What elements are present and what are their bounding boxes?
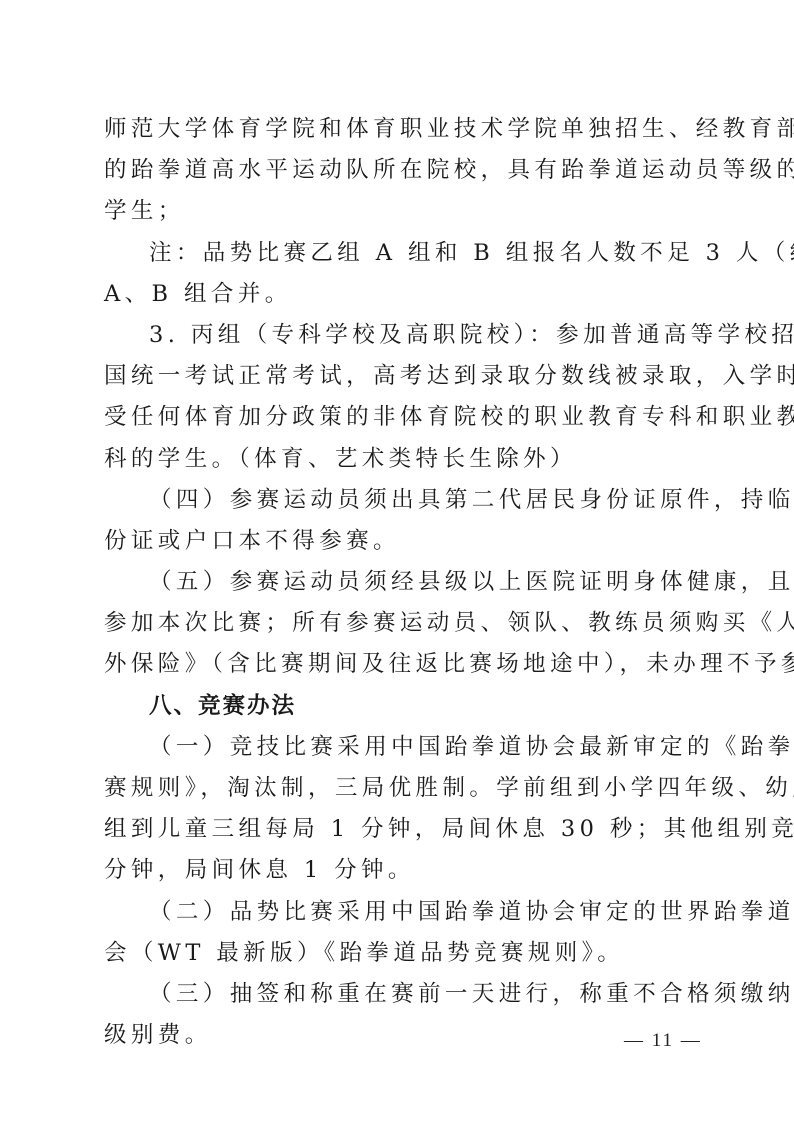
page-number: — 11 — [624, 1030, 702, 1052]
clause-3-line: （三）抽签和称重在赛前一天进行，称重不合格须缴纳更改 [104, 974, 700, 1015]
paragraph-line: 会（WT 最新版）《跆拳道品势竞赛规则》。 [104, 933, 700, 974]
document-body: 师范大学体育学院和体育职业技术学院单独招生、经教育部批准 的跆拳道高水平运动队所… [104, 109, 700, 1056]
paragraph-line: 赛规则》，淘汰制，三局优胜制。学前组到小学四年级、幼儿一 [104, 768, 700, 809]
paragraph-line: 国统一考试正常考试，高考达到录取分数线被录取，入学时未享 [104, 356, 700, 397]
paragraph-line: 受任何体育加分政策的非体育院校的职业教育专科和职业教育本 [104, 397, 700, 438]
paragraph-line: 的跆拳道高水平运动队所在院校，具有跆拳道运动员等级的在校 [104, 150, 700, 191]
list-item-3-line: 3. 丙组（专科学校及高职院校）：参加普通高等学校招生全 [104, 315, 700, 356]
clause-1-line: （一）竞技比赛采用中国跆拳道协会最新审定的《跆拳道竞 [104, 727, 700, 768]
paragraph-line: 组到儿童三组每局 1 分钟，局间休息 30 秒；其他组别竞技局 2 [104, 809, 700, 850]
paragraph-line: 学生； [104, 191, 700, 232]
paragraph-line: 分钟，局间休息 1 分钟。 [104, 850, 700, 891]
paragraph-line: 科的学生。（体育、艺术类特长生除外） [104, 439, 700, 480]
paragraph-line: 师范大学体育学院和体育职业技术学院单独招生、经教育部批准 [104, 109, 700, 150]
paragraph-line: 参加本次比赛；所有参赛运动员、领队、教练员须购买《人身意 [104, 603, 700, 644]
clause-4-line: （四）参赛运动员须出具第二代居民身份证原件，持临时身 [104, 480, 700, 521]
paragraph-line: 外保险》（含比赛期间及往返比赛场地途中），未办理不予参赛。 [104, 644, 700, 685]
note-line: A、B 组合并。 [104, 274, 700, 315]
section-heading: 八、竞赛办法 [104, 686, 700, 727]
clause-5-line: （五）参赛运动员须经县级以上医院证明身体健康，且适合 [104, 562, 700, 603]
paragraph-line: 级别费。 [104, 1015, 700, 1056]
clause-2-line: （二）品势比赛采用中国跆拳道协会审定的世界跆拳道联合 [104, 892, 700, 933]
paragraph-line: 份证或户口本不得参赛。 [104, 521, 700, 562]
note-line: 注：品势比赛乙组 A 组和 B 组报名人数不足 3 人（组）时， [104, 233, 700, 274]
